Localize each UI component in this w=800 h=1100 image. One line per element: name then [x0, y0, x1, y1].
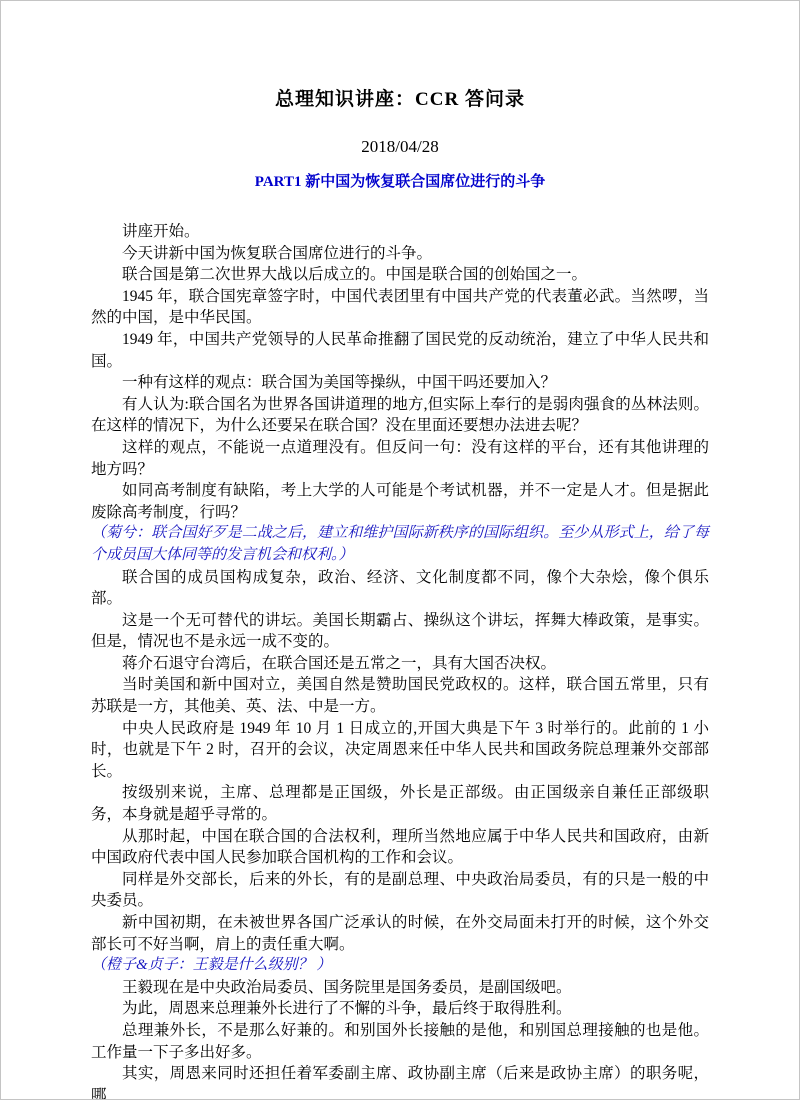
paragraph: 从那时起，中国在联合国的合法权利，理所当然地应属于中华人民共和国政府，由新中国政…	[91, 826, 709, 869]
paragraph: 为此，周恩来总理兼外长进行了不懈的斗争，最后终于取得胜利。	[91, 998, 709, 1020]
document-content: 总理知识讲座：CCR 答问录 2018/04/28 PART1 新中国为恢复联合…	[1, 1, 799, 1100]
paragraph: 总理兼外长，不是那么好兼的。和别国外长接触的是他，和别国总理接触的也是他。工作量…	[91, 1020, 709, 1063]
paragraph: 讲座开始。	[91, 221, 709, 243]
section-heading-part1: PART1 新中国为恢复联合国席位进行的斗争	[91, 173, 709, 191]
paragraph: 1945 年，联合国宪章签字时，中国代表团里有中国共产党的代表董必武。当然啰，当…	[91, 286, 709, 329]
paragraph: 蒋介石退守台湾后，在联合国还是五常之一，具有大国否决权。	[91, 653, 709, 675]
paragraph: 按级别来说，主席、总理都是正国级，外长是正部级。由正国级亲自兼任正部级职务，本身…	[91, 782, 709, 825]
paragraph: 今天讲新中国为恢复联合国席位进行的斗争。	[91, 243, 709, 265]
paragraph: 这是一个无可替代的讲坛。美国长期霸占、操纵这个讲坛，挥舞大棒政策，是事实。但是，…	[91, 610, 709, 653]
paragraph: 一种有这样的观点：联合国为美国等操纵，中国干吗还要加入？	[91, 372, 709, 394]
paragraph: 联合国是第二次世界大战以后成立的。中国是联合国的创始国之一。	[91, 264, 709, 286]
document-body: 讲座开始。 今天讲新中国为恢复联合国席位进行的斗争。 联合国是第二次世界大战以后…	[91, 221, 709, 1100]
paragraph: 1949 年，中国共产党领导的人民革命推翻了国民党的反动统治，建立了中华人民共和…	[91, 329, 709, 372]
paragraph: 这样的观点，不能说一点道理没有。但反问一句：没有这样的平台，还有其他讲理的地方吗…	[91, 437, 709, 480]
paragraph: 当时美国和新中国对立，美国自然是赞助国民党政权的。这样，联合国五常里，只有苏联是…	[91, 674, 709, 717]
annotation-paragraph: （橙子&贞子：王毅是什么级别？ ）	[91, 955, 709, 977]
paragraph: 王毅现在是中央政治局委员、国务院里是国务委员，是副国级吧。	[91, 977, 709, 999]
doc-date: 2018/04/28	[91, 137, 709, 156]
paragraph: 如同高考制度有缺陷，考上大学的人可能是个考试机器，并不一定是人才。但是据此废除高…	[91, 480, 709, 523]
paragraph: 中央人民政府是 1949 年 10 月 1 日成立的,开国大典是下午 3 时举行…	[91, 718, 709, 783]
paragraph: 新中国初期，在未被世界各国广泛承认的时候，在外交局面未打开的时候，这个外交部长可…	[91, 912, 709, 955]
paragraph: 同样是外交部长，后来的外长，有的是副总理、中央政治局委员，有的只是一般的中央委员…	[91, 869, 709, 912]
doc-title: 总理知识讲座：CCR 答问录	[91, 89, 709, 111]
document-page: 总理知识讲座：CCR 答问录 2018/04/28 PART1 新中国为恢复联合…	[0, 0, 800, 1100]
paragraph: 联合国的成员国构成复杂，政治、经济、文化制度都不同，像个大杂烩，像个俱乐部。	[91, 567, 709, 610]
paragraph: 有人认为:联合国名为世界各国讲道理的地方,但实际上奉行的是弱肉强食的丛林法则。在…	[91, 394, 709, 437]
paragraph: 其实，周恩来同时还担任着军委副主席、政协副主席（后来是政协主席）的职务呢，哪	[91, 1063, 709, 1100]
annotation-paragraph: （菊兮：联合国好歹是二战之后，建立和维护国际新秩序的国际组织。至少从形式上，给了…	[91, 523, 709, 566]
